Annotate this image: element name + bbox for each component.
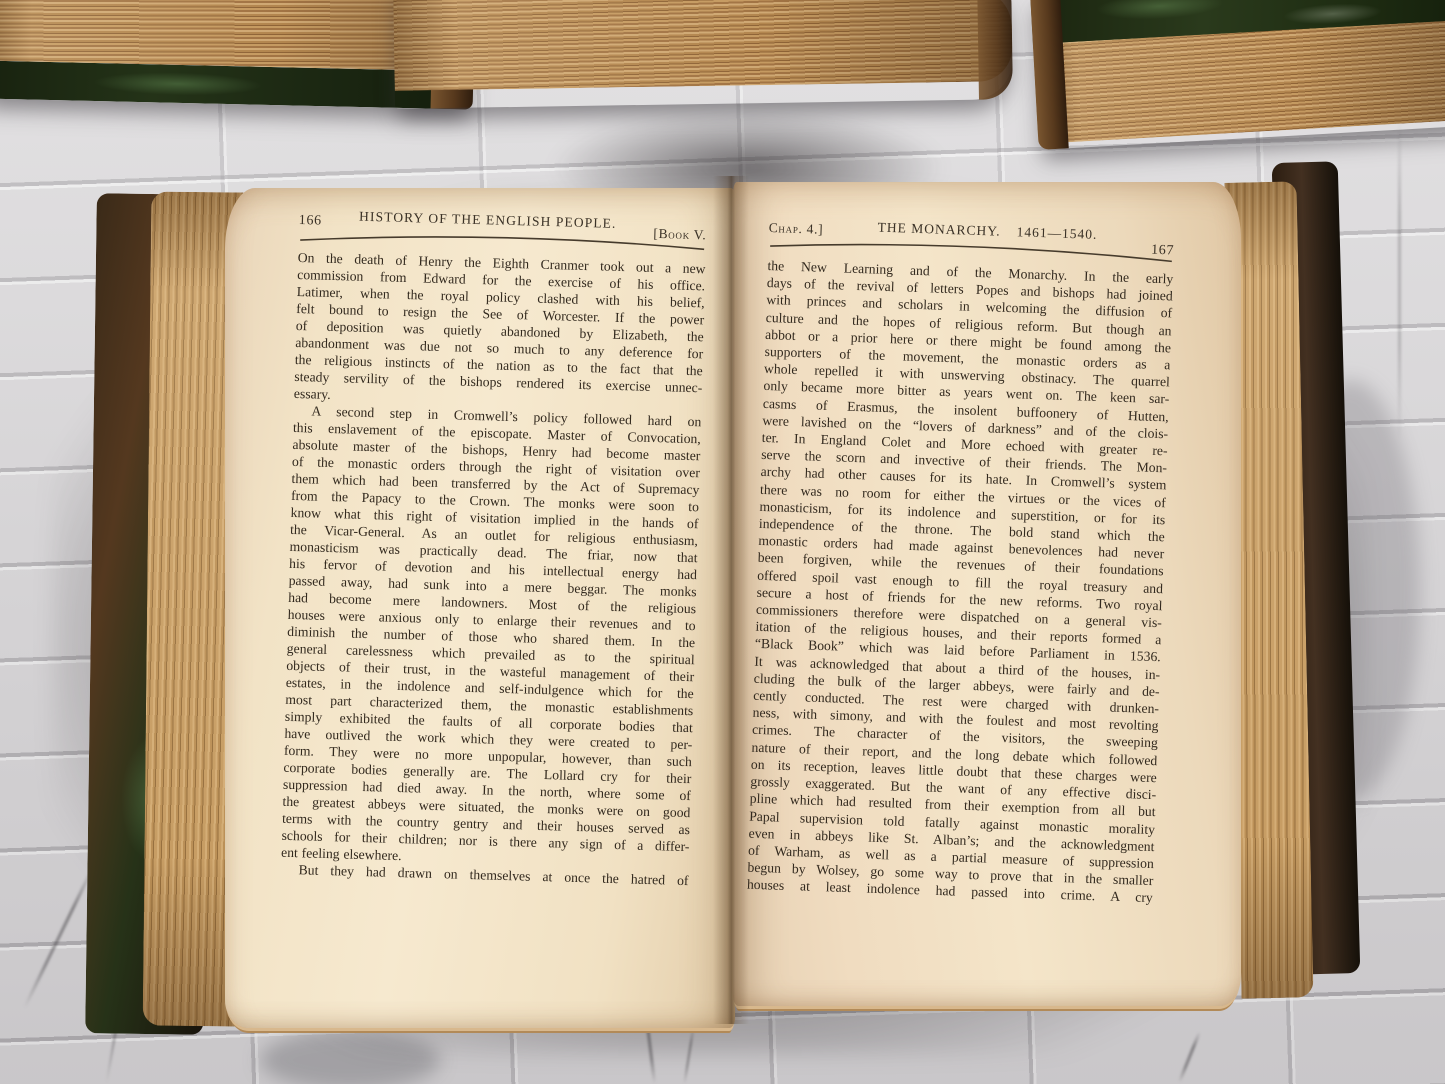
top-book-right [1030, 0, 1445, 150]
left-page: 166 HISTORY OF THE ENGLISH PEOPLE. [Book… [225, 188, 735, 1028]
book-volume-label: [Book V. [653, 226, 707, 243]
wall-streak [1398, 120, 1401, 440]
running-title: THE MONARCHY. [877, 220, 1000, 240]
page-number: 167 [1151, 243, 1175, 260]
leather-spine-end [977, 0, 1013, 100]
right-page: Chap. 4.] THE MONARCHY. 1461—1540. 167 t… [733, 182, 1241, 1006]
chapter-label: Chap. 4.] [768, 220, 823, 238]
page-edges [393, 0, 1012, 91]
date-range: 1461—1540. [1016, 224, 1097, 243]
left-page-body: On the death of Henry the Eighth Cranmer… [280, 249, 705, 889]
right-page-body: the New Learning and of the Monarchy. In… [747, 257, 1174, 907]
page-number: 166 [299, 213, 323, 230]
top-book-middle [393, 0, 1013, 109]
open-book: 166 HISTORY OF THE ENGLISH PEOPLE. [Book… [85, 158, 1355, 1038]
photo-scene: 166 HISTORY OF THE ENGLISH PEOPLE. [Book… [0, 0, 1445, 1084]
left-page-content: 166 HISTORY OF THE ENGLISH PEOPLE. [Book… [280, 212, 706, 889]
right-page-content: Chap. 4.] THE MONARCHY. 1461—1540. 167 t… [747, 220, 1175, 907]
